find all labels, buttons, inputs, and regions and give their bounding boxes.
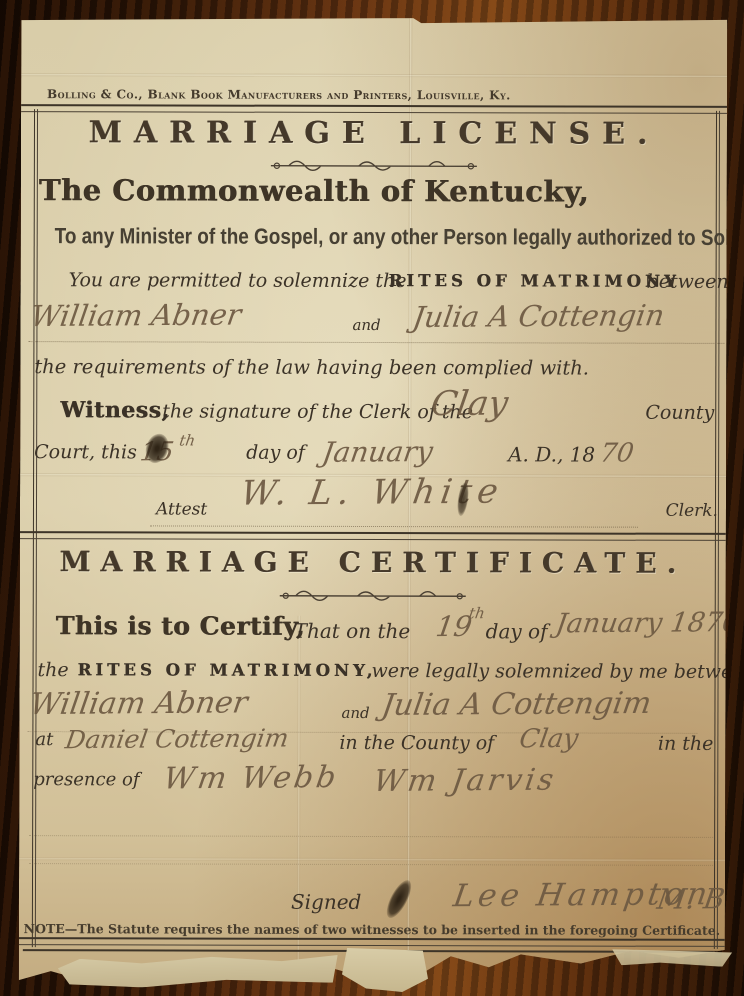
commonwealth-heading: The Commonwealth of Kentucky, bbox=[39, 173, 589, 208]
county-name-handwritten: Clay bbox=[517, 724, 580, 754]
permit-suffix: between bbox=[647, 271, 728, 293]
fill-in-line bbox=[28, 341, 724, 344]
signed-word: Signed bbox=[291, 890, 361, 914]
witness-text: the signature of the Clerk of the bbox=[162, 400, 473, 423]
blank-fill-in-line bbox=[29, 863, 713, 866]
blank-fill-in-line bbox=[29, 835, 713, 838]
and-word: and bbox=[341, 704, 369, 722]
horizontal-fold-crease bbox=[21, 73, 727, 78]
license-title: MARRIAGE LICENSE. bbox=[21, 115, 727, 152]
printer-imprint-line: Bolling & Co., Blank Book Manufacturers … bbox=[47, 87, 511, 102]
frame-bottom-rule bbox=[19, 937, 725, 947]
clerk-word: Clerk. bbox=[666, 501, 718, 521]
court-prefix: Court, this bbox=[34, 441, 137, 463]
presence-words: presence of bbox=[33, 769, 139, 790]
torn-paper-scrap bbox=[612, 949, 732, 967]
addressee-line: To any Minister of the Gospel, or any ot… bbox=[55, 223, 728, 251]
compliance-line: the requirements of the law having been … bbox=[34, 355, 589, 379]
horizontal-fold-crease bbox=[19, 857, 725, 862]
certificate-title: MARRIAGE CERTIFICATE. bbox=[20, 545, 726, 580]
ink-blot bbox=[382, 877, 416, 922]
rites-suffix: were legally solemnized by me between bbox=[372, 660, 728, 683]
photo-of-document: Bolling & Co., Blank Book Manufacturers … bbox=[0, 0, 744, 996]
bride-name-handwritten: Julia A Cottengim bbox=[379, 686, 653, 723]
certify-word: This is to Certify, bbox=[56, 611, 305, 641]
month-handwritten: January bbox=[320, 435, 435, 469]
county-name-handwritten: Clay bbox=[428, 384, 511, 425]
rites-of-matrimony: RITES OF MATRIMONY, bbox=[78, 660, 377, 680]
frame-top-rule bbox=[21, 104, 727, 114]
permit-prefix: You are permitted to solemnize the bbox=[69, 269, 407, 292]
document-paper: Bolling & Co., Blank Book Manufacturers … bbox=[19, 15, 728, 992]
day-of-words: day of bbox=[246, 442, 305, 464]
witness2-handwritten: Wm Jarvis bbox=[371, 763, 559, 799]
signature-suffix-handwritten: M. B. bbox=[655, 882, 727, 916]
rites-prefix: the bbox=[38, 659, 69, 681]
bride-name-handwritten: Julia A Cottengin bbox=[410, 298, 666, 334]
and-word: and bbox=[352, 316, 380, 334]
flourish-divider bbox=[20, 587, 726, 608]
ad-words: A. D., 18 bbox=[508, 442, 595, 466]
rites-of-matrimony: RITES OF MATRIMONY bbox=[389, 271, 680, 291]
groom-name-handwritten: William Abner bbox=[28, 297, 243, 333]
signature-line bbox=[150, 525, 638, 527]
statute-note: NOTE—The Statute requires the names of t… bbox=[19, 921, 725, 938]
witness-word: Witness, bbox=[60, 397, 169, 423]
day-ordinal: th bbox=[178, 431, 196, 449]
groom-name-handwritten: William Abner bbox=[27, 685, 249, 722]
section-divider-rule bbox=[20, 531, 726, 541]
county-word: County bbox=[645, 402, 714, 424]
county-prefix: in the County of bbox=[339, 732, 494, 754]
year-handwritten: 70 bbox=[598, 438, 636, 468]
attest-word: Attest bbox=[156, 499, 207, 519]
at-word: at bbox=[35, 729, 53, 750]
witness1-handwritten: Wm Webb bbox=[161, 760, 341, 796]
month-year-handwritten: January 1870. bbox=[554, 607, 728, 639]
county-suffix: in the bbox=[658, 733, 714, 755]
certify-text: That on the bbox=[294, 619, 411, 643]
day-of-words: day of bbox=[486, 619, 548, 643]
place-handwritten: Daniel Cottengim bbox=[63, 723, 290, 754]
day-ordinal: th bbox=[468, 604, 486, 622]
torn-paper-scrap bbox=[342, 948, 428, 992]
